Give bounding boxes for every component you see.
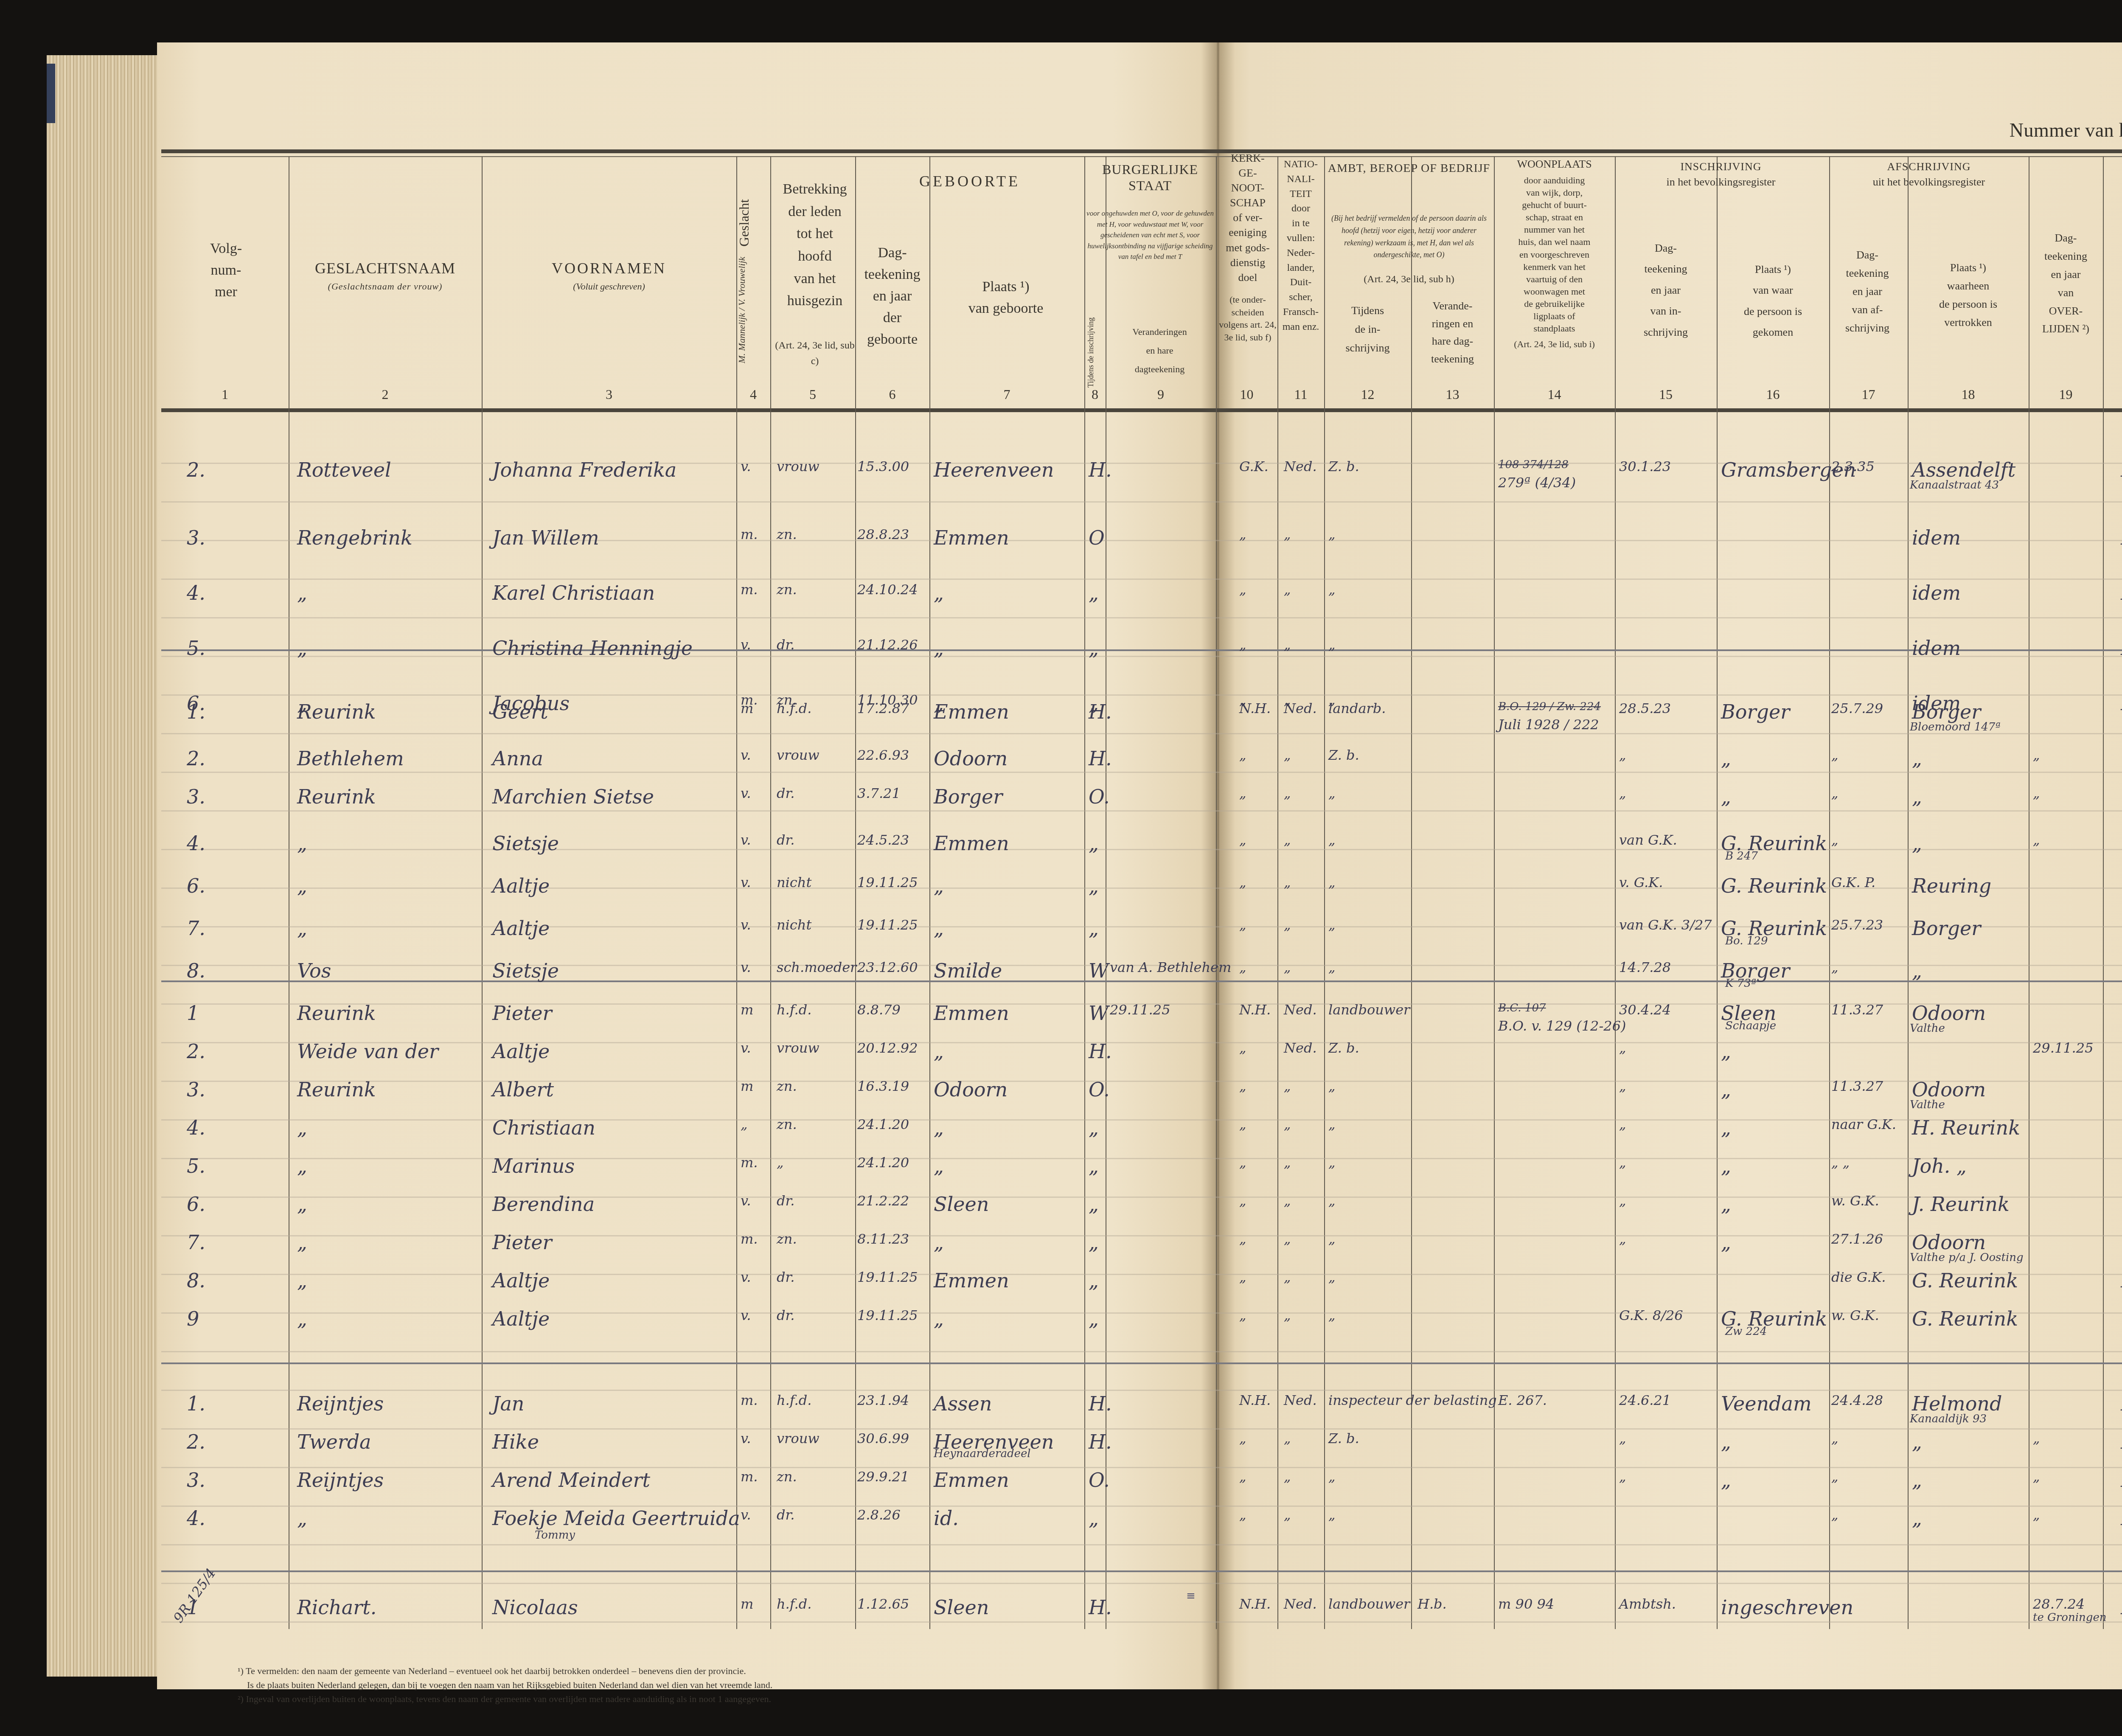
relation-cell: zn. <box>777 1469 797 1485</box>
nationality-cell: „ <box>1284 1307 1291 1323</box>
household-divider <box>161 1362 2122 1364</box>
header-text: Dag- <box>2029 229 2103 247</box>
header-text: en jaar <box>855 285 929 307</box>
occupation-cell: „ <box>1328 581 1336 598</box>
registration-from-detail: B 247 <box>1725 850 1758 862</box>
registration-from-cell: „ <box>1721 1078 1731 1101</box>
column-number: 15 <box>1615 384 1717 405</box>
birth-place-cell: „ <box>934 874 944 897</box>
column-number: 2 <box>289 384 482 405</box>
nationality-cell: „ <box>1284 874 1291 890</box>
deregistration-date-cell: „ „ <box>1831 1155 1850 1171</box>
birth-date-cell: 2.8.26 <box>857 1507 901 1523</box>
nationality-cell: „ <box>1284 1193 1291 1209</box>
header-note: (Art. 24, 5e lid) <box>2103 307 2122 325</box>
column-number: 20 <box>2103 384 2122 405</box>
given-names-cell: Jan Willem <box>492 526 599 549</box>
birth-place-cell: Assen <box>934 1392 992 1415</box>
birth-place-cell: „ <box>934 917 944 940</box>
header-text: geboorte <box>855 329 929 350</box>
sex-cell: m <box>741 1002 753 1018</box>
header-bottom-rule <box>161 408 2122 412</box>
civil-status-cell: O <box>1089 526 1105 549</box>
registration-date-cell: „ <box>1619 1193 1626 1209</box>
civil-status-cell: „ <box>1089 1269 1099 1292</box>
deregistration-date-cell: 27.1.26 <box>1831 1231 1883 1247</box>
row-number: 6. <box>187 1193 205 1216</box>
header-text: MERKINGEN <box>2103 289 2122 307</box>
death-date-cell: „ <box>2033 747 2040 763</box>
church-cell: „ <box>1239 747 1246 763</box>
birth-date-cell: 19.11.25 <box>857 917 918 933</box>
birth-date-cell: 8.11.23 <box>857 1231 909 1247</box>
ruled-line <box>161 733 2122 734</box>
header-text: teekening <box>1411 350 1494 368</box>
row-number: 2. <box>187 1430 205 1453</box>
relation-cell: dr. <box>777 1269 794 1285</box>
column-number: 10 <box>1216 384 1277 405</box>
registration-date-cell: 30.4.24 <box>1619 1002 1671 1018</box>
church-cell: „ <box>1239 1078 1246 1094</box>
column-number: 6 <box>855 384 929 405</box>
column-divider <box>770 156 771 1629</box>
given-name-alias: Tommy <box>535 1529 575 1542</box>
deregistration-to-cell: Odoorn <box>1912 1002 1986 1025</box>
occupation-cell: Z. b. <box>1328 1040 1359 1056</box>
surname-cell: Bethlehem <box>297 747 404 770</box>
registration-from-detail: K 73ª <box>1725 977 1756 990</box>
deregistration-to-detail: Kanaalstraat 43 <box>1910 479 1999 492</box>
header-text: doel <box>1218 270 1277 285</box>
residence-cell: B.O. v. 129 (12-26) <box>1498 1018 1626 1034</box>
header-text: GE- <box>1218 166 1277 180</box>
header-text: Neder- <box>1277 246 1324 261</box>
surname-cell: Reijntjes <box>297 1469 384 1492</box>
ruled-line <box>161 810 2122 812</box>
ruled-line <box>161 501 2122 503</box>
household-divider <box>161 980 2122 982</box>
col-5-header: Betrekking der leden tot het hoofd van h… <box>772 178 857 370</box>
registration-from-cell: „ <box>1721 1193 1731 1216</box>
ruled-line <box>161 579 2122 580</box>
civil-status-cell: O. <box>1089 1469 1110 1492</box>
ruled-line <box>161 1274 2122 1275</box>
ruled-line <box>161 772 2122 773</box>
header-text: en jaar <box>1615 280 1717 301</box>
surname-cell: Reijntjes <box>297 1392 384 1415</box>
column-number: 19 <box>2029 384 2103 405</box>
column-divider <box>1324 156 1325 1629</box>
header-text: mer <box>166 281 286 303</box>
gutter-mark: ≡ <box>1186 1590 1196 1602</box>
sex-cell: v. <box>741 1307 751 1323</box>
ruled-line <box>161 694 2122 696</box>
birth-date-cell: 3.7.21 <box>857 785 901 801</box>
church-cell: „ <box>1239 1040 1246 1056</box>
row-number: 3. <box>187 1078 205 1101</box>
column-divider <box>2103 156 2104 1629</box>
header-text: Verande- <box>1411 297 1494 315</box>
occupation-cell: „ <box>1328 874 1336 890</box>
header-text: Volg- <box>166 238 286 259</box>
birth-place-cell: Odoorn <box>934 747 1008 770</box>
registration-date-cell: 14.7.28 <box>1619 959 1671 975</box>
inschrijving-group-header: INSCHRIJVING in het bevolkingsregister <box>1615 159 1827 190</box>
header-title: WOONPLAATS <box>1494 157 1615 171</box>
nationality-cell: „ <box>1284 1231 1291 1247</box>
death-date-cell: „ <box>2033 1469 2040 1485</box>
given-names-cell: Pieter <box>492 1002 552 1025</box>
civil-status-change-cell: 29.11.25 <box>1110 1002 1170 1018</box>
occupation-cell: „ <box>1328 917 1336 933</box>
civil-status-change-cell: van A. Bethlehem <box>1110 959 1231 975</box>
row-number: 3. <box>187 1469 205 1492</box>
ruled-line <box>161 1158 2122 1159</box>
relation-cell: zn. <box>777 526 797 542</box>
column-number: 14 <box>1494 384 1615 405</box>
given-names-cell: Anna <box>492 747 543 770</box>
deregistration-date-cell: naar G.K. <box>1831 1116 1896 1132</box>
church-cell: N.H. <box>1239 1596 1271 1612</box>
occupation-cell: „ <box>1328 1193 1336 1209</box>
column-number: 3 <box>482 384 736 405</box>
occupation-cell: Z. b. <box>1328 747 1359 763</box>
deregistration-to-cell: Joh. „ <box>1912 1155 1967 1177</box>
relation-cell: vrouw <box>777 747 820 763</box>
ruled-line <box>161 1506 2122 1507</box>
death-date-cell: „ <box>2033 1507 2040 1523</box>
ruled-line <box>161 849 2122 850</box>
col-9-header: Veranderingen en hare dagteekening <box>1106 323 1214 379</box>
sex-cell: v. <box>741 832 751 848</box>
registration-from-cell: „ <box>1721 785 1731 808</box>
header-text: huis, dan wel naam <box>1494 236 1615 248</box>
header-text: met gods- <box>1218 240 1277 255</box>
sex-cell: m. <box>741 1231 758 1247</box>
deregistration-date-cell: 24.4.28 <box>1831 1392 1883 1408</box>
column-divider <box>1216 156 1217 1629</box>
header-text: Dag- <box>855 242 929 264</box>
given-names-cell: Aaltje <box>492 1269 550 1292</box>
deregistration-to-cell: Helmond <box>1912 1392 2002 1415</box>
surname-cell: „ <box>297 1155 307 1177</box>
header-text: van geboorte <box>929 298 1082 319</box>
deregistration-date-cell: G.K. P. <box>1831 874 1875 890</box>
header-text: Dag- <box>1829 246 1906 264</box>
deregistration-to-detail: Valthe p/a J. Oosting <box>1910 1251 2024 1264</box>
header-text: NATIO- <box>1277 157 1324 172</box>
row-number: 3. <box>187 526 205 549</box>
column-divider <box>482 156 483 1629</box>
column-divider <box>855 156 856 1629</box>
relation-cell: dr. <box>777 832 794 848</box>
registration-date-cell: Ambtsh. <box>1619 1596 1676 1612</box>
nationality-cell: „ <box>1284 1116 1291 1132</box>
header-text: lander, <box>1277 261 1324 275</box>
ruled-line <box>161 1119 2122 1121</box>
birth-place-cell: Borger <box>934 785 1002 808</box>
surname-cell: „ <box>297 1269 307 1292</box>
relation-cell: dr. <box>777 637 794 653</box>
header-text: de persoon is <box>1717 301 1829 322</box>
header-note: (Art. 24, 3e lid, sub i) <box>1494 338 1615 350</box>
header-text: en voorgeschreven <box>1494 248 1615 261</box>
header-text: van waar <box>1717 280 1829 301</box>
birth-place-cell: Smilde <box>934 959 1002 982</box>
nationality-cell: Ned. <box>1284 458 1317 475</box>
deregistration-date-cell: „ <box>1831 1430 1839 1447</box>
header-text: woonwagen met <box>1494 285 1615 298</box>
sex-cell: v. <box>741 874 751 890</box>
given-names-cell: Aaltje <box>492 874 550 897</box>
deregistration-to-detail: Kanaaldijk 93 <box>1910 1413 1987 1425</box>
nationality-cell: „ <box>1284 747 1291 763</box>
nationality-cell: „ <box>1284 637 1291 653</box>
ruled-line <box>161 656 2122 657</box>
col-2-header: GESLACHTSNAAM (Geslachtsnaam der vrouw) <box>289 257 482 293</box>
relation-cell: nicht <box>777 917 811 933</box>
registration-date-cell: „ <box>1619 1116 1626 1132</box>
nationality-cell: „ <box>1284 1155 1291 1171</box>
occupation-cell: „ <box>1328 1155 1336 1171</box>
header-text: KERK- <box>1218 151 1277 166</box>
death-place-detail: te Groningen <box>2033 1611 2107 1624</box>
sex-cell: m. <box>741 526 758 542</box>
civil-status-cell: „ <box>1089 637 1099 660</box>
header-text: vertrokken <box>1908 314 2029 332</box>
col-3-header: VOORNAMEN (Voluit geschreven) <box>484 257 734 293</box>
registration-date-cell: van G.K. <box>1619 832 1677 848</box>
ruled-line <box>161 1428 2122 1430</box>
sex-cell: v. <box>741 747 751 763</box>
registration-from-cell: „ <box>1721 1040 1731 1063</box>
birth-date-cell: 20.12.92 <box>857 1040 918 1056</box>
ambt-ref: (Art. 24, 3e lid, sub h) <box>1328 272 1490 287</box>
header-text: vaartuig of den <box>1494 273 1615 285</box>
ruled-line <box>161 1583 2122 1584</box>
sex-cell: v. <box>741 1507 751 1523</box>
deregistration-to-cell: G. Reurink <box>1912 1269 2018 1292</box>
surname-cell: „ <box>297 1307 307 1330</box>
birth-place-cell: „ <box>934 1155 944 1177</box>
header-text: Fransch- <box>1277 305 1324 320</box>
nationality-cell: „ <box>1284 1507 1291 1523</box>
row-number: 6. <box>187 874 205 897</box>
sex-cell: m <box>741 700 753 716</box>
col-11-header: NATIO- NALI- TEIT door in te vullen: Ned… <box>1277 157 1324 334</box>
ruled-line <box>161 1351 2122 1352</box>
deregistration-date-cell: 11.3.27 <box>1831 1078 1883 1094</box>
relation-cell: zn. <box>777 1078 797 1094</box>
ambt-group-header: AMBT, BEROEP OF BEDRIJF <box>1324 157 1494 180</box>
deregistration-date-cell: die G.K. <box>1831 1269 1886 1285</box>
occupation-cell: „ <box>1328 1231 1336 1247</box>
birth-place-cell: „ <box>934 1040 944 1063</box>
surname-cell: Rengebrink <box>297 526 413 549</box>
header-text: de gebruikelijke <box>1494 298 1615 310</box>
occupation-cell: Z. b. <box>1328 458 1359 475</box>
deregistration-date-cell: „ <box>1831 747 1839 763</box>
birth-date-cell: 15.3.00 <box>857 458 909 475</box>
given-names-cell: Arend Meindert <box>492 1469 650 1492</box>
residence-struck-cell: B.C. 107 <box>1498 1002 1546 1014</box>
deregistration-to-detail: Bloemoord 147ª <box>1910 721 2001 733</box>
nationality-cell: „ <box>1284 1269 1291 1285</box>
relation-cell: zn. <box>777 1116 797 1132</box>
header-text: door aanduiding <box>1494 174 1615 186</box>
birth-date-cell: 19.11.25 <box>857 1269 918 1285</box>
relation-cell: vrouw <box>777 458 820 475</box>
civil-status-cell: H. <box>1089 1596 1112 1619</box>
registration-date-cell: „ <box>1619 1040 1626 1056</box>
sex-cell: m <box>741 1078 753 1094</box>
church-cell: „ <box>1239 526 1246 542</box>
header-text: waarheen <box>1908 277 2029 295</box>
civil-status-cell: W <box>1089 1002 1109 1025</box>
header-title: AFSCHRIJVING <box>1829 159 2029 174</box>
deregistration-to-cell: Odoorn <box>1912 1078 1986 1101</box>
header-text: eeniging <box>1218 225 1277 240</box>
left-page-stack <box>47 55 161 1677</box>
registration-date-cell: van G.K. 3/27 <box>1619 917 1712 933</box>
church-cell: „ <box>1239 1307 1246 1323</box>
civil-status-cell: H. <box>1089 1430 1112 1453</box>
birth-date-cell: 30.6.99 <box>857 1430 909 1447</box>
birth-date-cell: 21.2.22 <box>857 1193 909 1209</box>
church-cell: „ <box>1239 637 1246 653</box>
relation-cell: „ <box>777 1155 784 1171</box>
header-text: teekening <box>855 264 929 285</box>
birth-place-cell: „ <box>934 637 944 660</box>
deregistration-to-cell: „ <box>1912 959 1922 982</box>
sex-cell: „ <box>741 1116 748 1132</box>
ambt-note: (Bij het bedrijf vermelden of de persoon… <box>1328 212 1490 261</box>
sex-cell: v. <box>741 959 751 975</box>
sex-cell: m. <box>741 581 758 598</box>
row-number: 4. <box>187 1116 205 1139</box>
footnote-1: ¹) Te vermelden: den naam der gemeente v… <box>238 1664 1002 1678</box>
birth-place-cell: Emmen <box>934 700 1009 723</box>
row-number: 4. <box>187 581 205 604</box>
header-text: en jaar <box>1829 283 1906 301</box>
ruled-line <box>161 617 2122 618</box>
footnotes: ¹) Te vermelden: den naam der gemeente v… <box>238 1664 1002 1706</box>
nationality-cell: Ned. <box>1284 1002 1317 1018</box>
header-text: TEIT <box>1277 187 1324 202</box>
ruled-line <box>161 1081 2122 1082</box>
header-text: ringen en <box>1411 315 1494 333</box>
civil-status-cell: „ <box>1089 1507 1099 1530</box>
civil-status-cell: „ <box>1089 1193 1099 1216</box>
sex-cell: v. <box>741 917 751 933</box>
column-number: 18 <box>1908 384 2029 405</box>
col-12-header: Tijdens de in- schrijving <box>1324 301 1411 358</box>
registration-from-cell: G. Reurink <box>1721 874 1827 897</box>
header-text: teekening <box>1829 264 1906 283</box>
registration-from-detail: Zw 224 <box>1725 1325 1767 1338</box>
deregistration-date-cell: 25.7.23 <box>1831 917 1883 933</box>
registration-date-cell: v. G.K. <box>1619 874 1663 890</box>
relation-cell: dr. <box>777 1307 794 1323</box>
column-number: 5 <box>770 384 855 405</box>
col-7-header: Plaats ¹) van geboorte <box>929 276 1082 319</box>
birth-place-cell: „ <box>934 581 944 604</box>
nationality-cell: „ <box>1284 959 1291 975</box>
church-cell: „ <box>1239 1269 1246 1285</box>
given-names-cell: Karel Christiaan <box>492 581 655 604</box>
header-subtitle: in het bevolkingsregister <box>1615 174 1827 190</box>
occupation-cell: „ <box>1328 637 1336 653</box>
nationality-cell: „ <box>1284 1430 1291 1447</box>
registration-date-cell: 24.6.21 <box>1619 1392 1671 1408</box>
deregistration-to-cell: G. Reurink <box>1912 1307 2018 1330</box>
row-number: 1. <box>187 1392 205 1415</box>
civil-status-cell: „ <box>1089 1307 1099 1330</box>
sex-cell: v. <box>741 1193 751 1209</box>
civil-status-cell: „ <box>1089 832 1099 855</box>
surname-cell: Twerda <box>297 1430 371 1453</box>
header-text: num- <box>166 259 286 281</box>
header-text: door <box>1277 201 1324 216</box>
column-divider <box>736 156 737 1629</box>
church-cell: N.H. <box>1239 1392 1271 1408</box>
relation-cell: h.f.d. <box>777 1392 811 1408</box>
surname-cell: Reurink <box>297 785 376 808</box>
header-text: hoofd <box>772 245 857 268</box>
column-number: 8 <box>1084 384 1106 405</box>
header-title: INSCHRIJVING <box>1615 159 1827 174</box>
registration-from-cell: „ <box>1721 1155 1731 1177</box>
given-names-cell: Aaltje <box>492 1040 550 1063</box>
deregistration-to-cell: J. Reurink <box>1912 1193 2010 1216</box>
surname-cell: „ <box>297 581 307 604</box>
birth-place-cell: „ <box>934 1231 944 1254</box>
household-divider <box>161 649 2122 651</box>
header-top-rule <box>161 149 2122 153</box>
nationality-cell: „ <box>1284 1078 1291 1094</box>
header-subtitle: (Voluit geschreven) <box>484 280 734 293</box>
occupation-cell: „ <box>1328 1469 1336 1485</box>
header-text: NOOT- <box>1218 180 1277 195</box>
column-number: 9 <box>1106 384 1216 405</box>
header-title: GESLACHTSNAAM <box>289 257 482 280</box>
header-text: LIJDEN ²) <box>2029 320 2103 338</box>
surname-cell: „ <box>297 1116 307 1139</box>
civil-status-cell: „ <box>1089 917 1099 940</box>
header-text: Tijdens <box>1324 301 1411 320</box>
header-text: Duit- <box>1277 275 1324 290</box>
header-note: (te onder-scheiden volgens art. 24, 3e l… <box>1218 293 1277 344</box>
column-divider <box>2029 156 2029 1629</box>
col-17-header: Dag- teekening en jaar van af- schrijvin… <box>1829 246 1906 337</box>
church-cell: N.H. <box>1239 1002 1271 1018</box>
surname-cell: Rotteveel <box>297 458 391 481</box>
church-cell: „ <box>1239 959 1246 975</box>
ruled-line <box>161 1621 2122 1623</box>
birth-place-cell: Emmen <box>934 1269 1009 1292</box>
relation-cell: nicht <box>777 874 811 890</box>
header-text: der <box>855 307 929 329</box>
col-19-header: Dag- teekening en jaar van OVER- LIJDEN … <box>2029 229 2103 338</box>
occupation-cell: „ <box>1328 1307 1336 1323</box>
residence-cell: 279ª (4/34) <box>1498 475 1576 491</box>
nationality-cell: „ <box>1284 526 1291 542</box>
birth-date-cell: 23.12.60 <box>857 959 918 975</box>
sex-cell: v. <box>741 1040 751 1056</box>
given-names-cell: Marchien Sietse <box>492 785 654 808</box>
given-names-cell: Nicolaas <box>492 1596 578 1619</box>
deregistration-to-detail: Valthe <box>1910 1022 1945 1035</box>
